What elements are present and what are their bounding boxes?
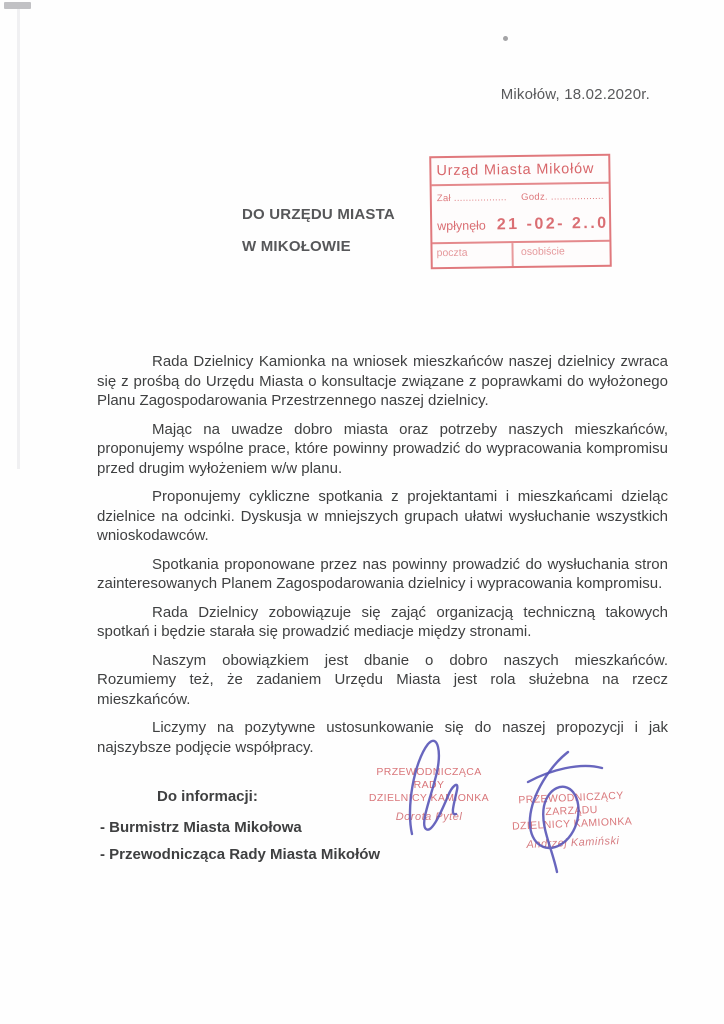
scan-edge-artifact — [17, 9, 20, 469]
handwritten-signature-left — [396, 736, 476, 838]
cc-item: - Przewodnicząca Rady Miasta Mikołów — [100, 845, 380, 864]
letter-body: Rada Dzielnicy Kamionka na wniosek miesz… — [97, 352, 668, 766]
paragraph: Rada Dzielnicy Kamionka na wniosek miesz… — [97, 352, 668, 411]
receipt-stamp-delivery-row: poczta osobiście — [432, 242, 609, 267]
scan-corner-artifact — [4, 2, 31, 9]
receipt-stamp: Urząd Miasta Mikołów Zał ...............… — [429, 154, 612, 270]
receipt-stamp-in-person-cell: osobiście — [514, 242, 610, 266]
recipient-line-2: W MIKOŁOWIE — [242, 238, 395, 255]
receipt-stamp-received-label: wpłynęło — [437, 218, 486, 233]
cc-block: Do informacji: - Burmistrz Miasta Mikoło… — [100, 788, 380, 872]
letter-date: Mikołów, 18.02.2020r. — [501, 86, 650, 103]
paragraph: Naszym obowiązkiem jest dbanie o dobro n… — [97, 651, 668, 710]
receipt-stamp-attachments-label: Zał .................. — [437, 192, 507, 204]
scan-speck-artifact — [503, 36, 508, 41]
receipt-stamp-office-name: Urząd Miasta Mikołów — [431, 156, 608, 186]
paragraph: Proponujemy cykliczne spotkania z projek… — [97, 487, 668, 546]
receipt-stamp-mail-cell: poczta — [432, 243, 514, 267]
receipt-stamp-ref-row: Zał .................. Godz. ...........… — [432, 184, 609, 210]
paragraph: Rada Dzielnicy zobowiązuje się zająć org… — [97, 603, 668, 642]
paragraph: Mając na uwadze dobro miasta oraz potrze… — [97, 420, 668, 479]
receipt-stamp-hour-label: Godz. .................. — [521, 190, 604, 202]
paragraph: Spotkania proponowane przez nas powinny … — [97, 555, 668, 594]
receipt-stamp-received-row: wpłynęło 21 -02- 2..0 — [432, 208, 609, 244]
scanned-letter-page: Mikołów, 18.02.2020r. Urząd Miasta Mikoł… — [0, 0, 724, 1024]
cc-heading: Do informacji: — [157, 788, 380, 805]
cc-item: - Burmistrz Miasta Mikołowa — [100, 818, 380, 837]
receipt-stamp-received-date: 21 -02- 2..0 — [497, 215, 609, 235]
recipient-block: DO URZĘDU MIASTA W MIKOŁOWIE — [242, 206, 395, 255]
recipient-line-1: DO URZĘDU MIASTA — [242, 206, 395, 223]
handwritten-signature-right — [510, 748, 610, 876]
